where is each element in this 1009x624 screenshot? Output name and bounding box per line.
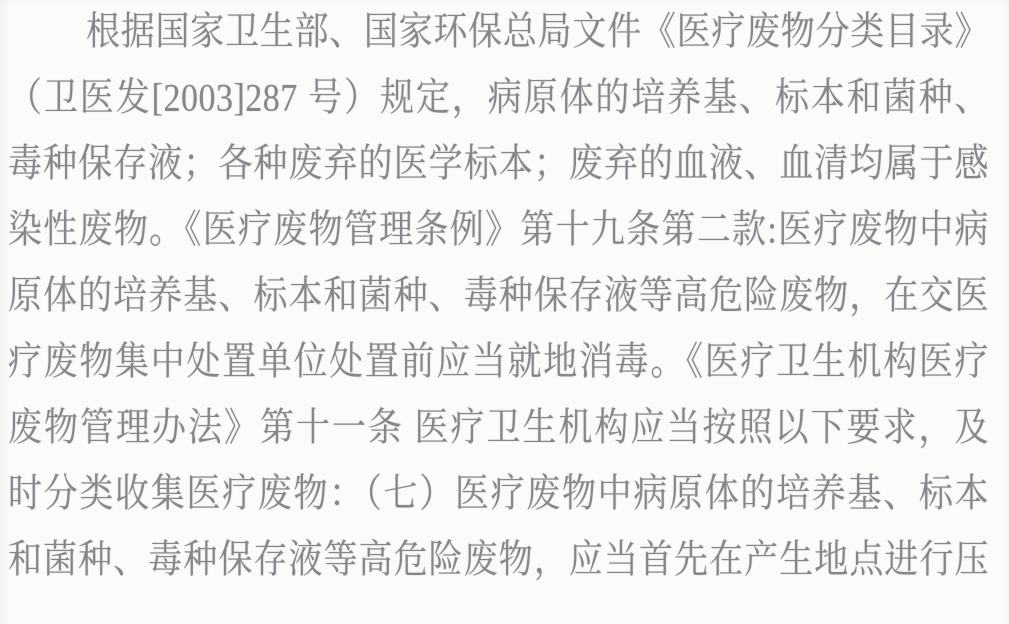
text-line: 废物管理办法》第十一条 医疗卫生机构应当按照以下要求，及 [8,391,989,467]
text-line: 毒种保存液；各种废弃的医学标本；废弃的血液、血清均属于感 [8,127,989,203]
text-line: 和菌种、毒种保存液等高危险废物，应当首先在产生地点进行压 [8,523,989,599]
paragraph: 根据国家卫生部、国家环保总局文件《医疗废物分类目录》 （卫医发[2003]287… [8,0,989,594]
text-line: （卫医发[2003]287 号）规定，病原体的培养基、标本和菌种、 [8,61,989,137]
text-line: 原体的培养基、标本和菌种、毒种保存液等高危险废物，在交医 [8,259,989,335]
document-page: 根据国家卫生部、国家环保总局文件《医疗废物分类目录》 （卫医发[2003]287… [0,0,1009,624]
text-line: 时分类收集医疗废物：（七）医疗废物中病原体的培养基、标本 [8,457,989,533]
text-line: 疗废物集中处置单位处置前应当就地消毒。《医疗卫生机构医疗 [8,325,989,401]
text-line: 染性废物。《医疗废物管理条例》第十九条第二款:医疗废物中病 [8,193,989,269]
